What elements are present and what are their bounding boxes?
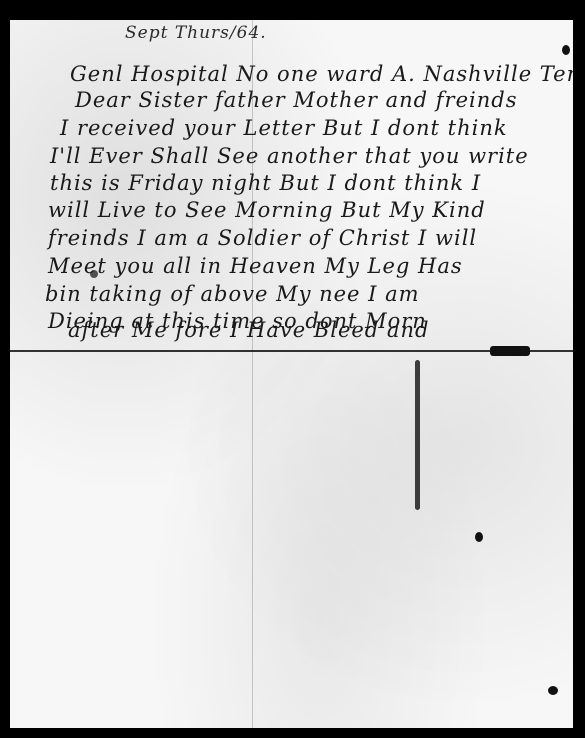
letter-page-overlay <box>10 20 573 728</box>
